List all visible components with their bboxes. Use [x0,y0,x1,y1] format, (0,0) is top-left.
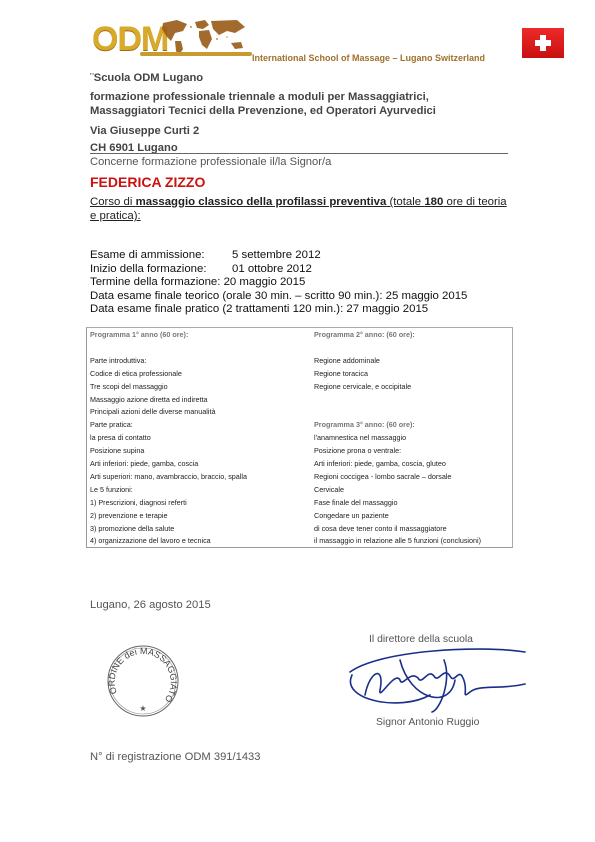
street-address: Via Giuseppe Curti 2 [90,125,199,137]
program-item: Posizione supina [90,445,247,458]
school-tagline: International School of Massage – Lugano… [252,53,485,63]
student-name: FEDERICA ZIZZO [90,174,205,190]
program-item: Regioni coccigea - lombo sacrale – dorsa… [314,471,481,484]
dates-list: Esame di ammissione:5 settembre 2012Iniz… [90,249,467,317]
school-description: formazione professionale triennale a mod… [90,90,436,118]
program-item: Tre scopi del massaggio [90,381,247,394]
place-date: Lugano, 26 agosto 2015 [90,599,211,611]
program-item: Parte introduttiva: [90,355,247,368]
concerne-line: Concerne formazione professionale il/la … [90,156,331,168]
date-value: 5 settembre 2012 [232,249,321,261]
date-row: Data esame finale teorico (orale 30 min.… [90,290,467,304]
school-stamp-icon: ORDINE dei MASSAGGIATORI ★ [105,643,181,719]
program-item: Regione cervicale, e occipitale [314,381,481,394]
date-label: Esame di ammissione: [90,249,232,263]
program-item: Principali azioni delle diverse manualit… [90,406,247,419]
date-label: Inizio della formazione: [90,263,232,277]
date-row: Esame di ammissione:5 settembre 2012 [90,249,467,263]
program-heading: Programma 3° anno: (60 ore): [314,419,481,432]
logo-underline [140,52,252,56]
program-item: Cervicale [314,484,481,497]
date-row: Data esame finale pratico (2 trattamenti… [90,303,467,317]
program-item: 4) organizzazione del lavoro e tecnica [90,535,247,548]
program-item [314,406,481,419]
program-item: Regione toracica [314,368,481,381]
program-item: Parte pratica: [90,419,247,432]
course-hours: 180 [424,196,443,208]
program-item [314,394,481,407]
course-description: Corso di massaggio classico della profil… [90,195,510,223]
program-item: l'anamnestica nel massaggio [314,432,481,445]
director-signature [340,640,530,715]
program-item: 2) prevenzione e terapie [90,510,247,523]
program-item: Regione addominale [314,355,481,368]
program-item: Congedare un paziente [314,510,481,523]
header-divider [90,153,508,154]
world-map-icon [157,17,249,57]
course-prefix: Corso di [90,196,136,208]
program-column-left: Programma 1° anno (60 ore):Parte introdu… [90,329,247,548]
date-row: Inizio della formazione:01 ottobre 2012 [90,263,467,277]
school-description-line-2: Massaggiatori Tecnici della Prevenzione,… [90,104,436,118]
program-heading: Programma 1° anno (60 ore): [90,329,247,342]
date-value: 20 maggio 2015 [220,276,305,288]
program-item: Arti superiori: mano, avambraccio, bracc… [90,471,247,484]
program-item: Massaggio azione diretta ed indiretta [90,394,247,407]
program-item: 3) promozione della salute [90,523,247,536]
program-column-right: Programma 2° anno: (60 ore):Regione addo… [314,329,481,548]
program-table: Programma 1° anno (60 ore):Parte introdu… [86,327,513,548]
date-row: Termine della formazione: 20 maggio 2015 [90,276,467,290]
svg-text:★: ★ [139,704,146,713]
program-item: il massaggio in relazione alle 5 funzion… [314,535,481,548]
program-item: Le 5 funzioni: [90,484,247,497]
program-item: 1) Prescrizioni, diagnosi referti [90,497,247,510]
program-item: Posizione prona o ventrale: [314,445,481,458]
svg-text:ORDINE dei MASSAGGIATORI: ORDINE dei MASSAGGIATORI [105,643,179,704]
date-value: 27 maggio 2015 [343,303,428,315]
program-item [90,342,247,355]
program-item: Arti inferiori: piede, gamba, coscia, gl… [314,458,481,471]
swiss-flag-icon [522,28,564,58]
course-title: massaggio classico della profilassi prev… [136,196,387,208]
program-item: Arti inferiori: piede, gamba, coscia [90,458,247,471]
course-middle: (totale [386,196,424,208]
director-name: Signor Antonio Ruggio [376,717,479,728]
school-name: ¨Scuola ODM Lugano [90,72,203,84]
program-item: la presa di contatto [90,432,247,445]
program-item [314,342,481,355]
registration-number: N° di registrazione ODM 391/1433 [90,751,261,763]
school-description-line-1: formazione professionale triennale a mod… [90,90,436,104]
date-label: Termine della formazione: [90,276,220,288]
program-heading: Programma 2° anno: (60 ore): [314,329,481,342]
date-value: 01 ottobre 2012 [232,263,312,275]
program-item: Codice di etica professionale [90,368,247,381]
program-item: di cosa deve tener conto il massaggiator… [314,523,481,536]
date-label: Data esame finale teorico (orale 30 min.… [90,290,383,302]
date-label: Data esame finale pratico (2 trattamenti… [90,303,343,315]
date-value: 25 maggio 2015 [383,290,468,302]
program-item: Fase finale del massaggio [314,497,481,510]
